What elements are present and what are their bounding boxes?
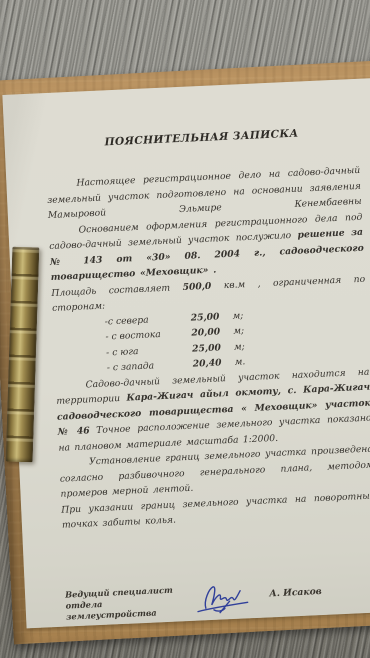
signature-squiggle-icon xyxy=(183,580,258,617)
side-value: 20,00 xyxy=(191,324,226,341)
side-unit: м; xyxy=(232,308,243,324)
area-text: Площадь составляет xyxy=(51,281,183,298)
paragraph-location: Садово-дачный земельный участок находитс… xyxy=(55,364,370,456)
signer-role: Ведущий специалист отдела землеустройств… xyxy=(65,584,184,622)
signer-name: А. Исаков xyxy=(269,578,322,599)
side-value: 25,00 xyxy=(190,309,225,326)
side-unit: м. xyxy=(234,354,245,370)
photo-scene: ПОЯСНИТЕЛЬНАЯ ЗАПИСКА Настоящее регистра… xyxy=(0,0,370,658)
signer-role-line2: отдела землеустройства xyxy=(65,595,184,622)
side-value: 25,00 xyxy=(192,340,227,357)
paper-document: ПОЯСНИТЕЛЬНАЯ ЗАПИСКА Настоящее регистра… xyxy=(2,78,370,628)
side-unit: м; xyxy=(234,339,245,355)
doc-title: ПОЯСНИТЕЛЬНАЯ ЗАПИСКА xyxy=(44,125,358,151)
side-value: 20,40 xyxy=(192,355,227,372)
side-unit: м; xyxy=(233,323,244,339)
signature-ink xyxy=(183,580,271,622)
area-value: 500,0 xyxy=(182,280,211,292)
